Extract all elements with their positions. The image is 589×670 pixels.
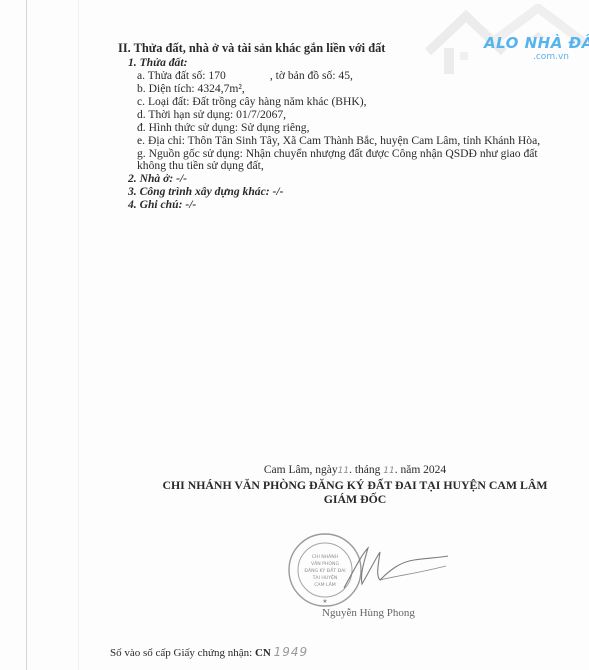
house-section: 2. Nhà ở: -/- — [128, 172, 187, 185]
usage-term: d. Thời hạn sử dụng: 01/7/2067, — [137, 108, 286, 121]
scan-margin-line-faint — [78, 0, 79, 670]
section-heading: II. Thửa đất, nhà ở và tài sản khác gắn … — [118, 42, 385, 55]
svg-text:VĂN PHÒNG: VĂN PHÒNG — [311, 560, 339, 567]
svg-text:CHI NHÁNH: CHI NHÁNH — [312, 553, 338, 560]
certificate-registry-number: Số vào sổ cấp Giấy chứng nhận: CN 1949 — [110, 645, 308, 659]
svg-text:★: ★ — [322, 598, 327, 605]
month-prefix: . tháng — [349, 464, 380, 476]
certificate-label: Số vào sổ cấp Giấy chứng nhận: — [110, 647, 252, 659]
handwritten-month: 11 — [383, 466, 394, 476]
other-construction-section: 3. Công trình xây dựng khác: -/- — [128, 185, 283, 198]
watermark-domain: .com.vn — [533, 52, 569, 62]
parcel-label: a. Thửa đất số: 170 — [137, 69, 226, 82]
land-address: e. Địa chỉ: Thôn Tân Sinh Tây, Xã Cam Th… — [137, 134, 540, 147]
map-sheet: , tờ bản đồ số: 45, — [270, 69, 353, 82]
handwritten-signature — [340, 540, 450, 600]
year-text: . năm 2024 — [395, 464, 446, 476]
svg-text:TẠI HUYỆN: TẠI HUYỆN — [312, 573, 338, 581]
land-area: b. Diện tích: 4324,7m², — [137, 82, 245, 95]
watermark-brand: ALO NHÀ ĐẤT — [484, 34, 589, 52]
signer-position: GIÁM ĐỐC — [160, 492, 550, 507]
notes-section: 4. Ghi chú: -/- — [128, 198, 196, 211]
svg-text:CAM LÂM: CAM LÂM — [314, 581, 336, 588]
land-heading: 1. Thửa đất: — [128, 56, 187, 69]
usage-form: đ. Hình thức sử dụng: Sử dụng riêng, — [137, 121, 309, 134]
usage-origin-line2: không thu tiền sử dụng đất, — [137, 159, 264, 172]
parcel-number: a. Thửa đất số: 170, tờ bản đồ số: 45, — [137, 69, 353, 82]
issuing-office: CHI NHÁNH VĂN PHÒNG ĐĂNG KÝ ĐẤT ĐAI TẠI … — [160, 478, 550, 493]
handwritten-day: 11 — [338, 466, 349, 476]
certificate-prefix: CN — [255, 647, 271, 659]
land-type: c. Loại đất: Đất trồng cây hàng năm khác… — [137, 95, 367, 108]
signer-name: Nguyễn Hùng Phong — [322, 607, 415, 619]
date-prefix: Cam Lâm, ngày — [264, 464, 338, 476]
issue-date: Cam Lâm, ngày11. tháng 11. năm 2024 — [160, 464, 550, 476]
scan-margin-line — [26, 0, 27, 670]
certificate-handwritten-number: 1949 — [274, 645, 309, 659]
